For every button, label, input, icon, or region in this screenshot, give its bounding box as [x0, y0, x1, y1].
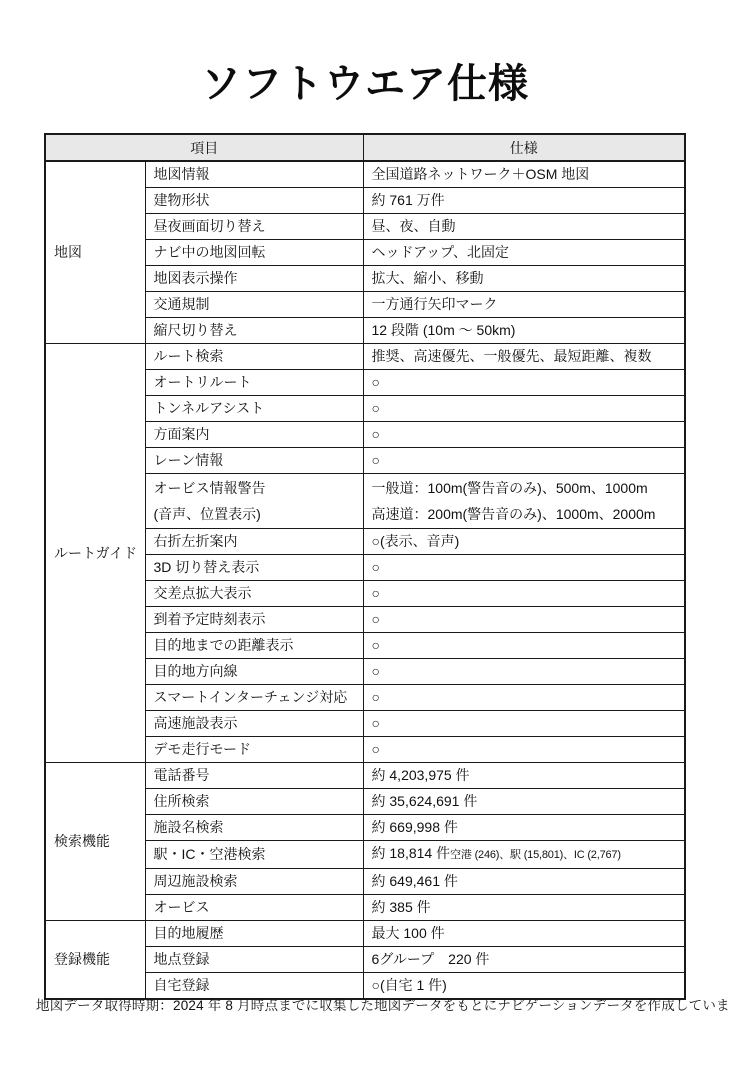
item-cell: 交差点拡大表示 [145, 581, 363, 607]
cell-text: デモ走行モード [154, 741, 251, 757]
item-cell: レーン情報 [145, 448, 363, 474]
item-cell: トンネルアシスト [145, 396, 363, 422]
cell-text: 交通規制 [154, 296, 210, 312]
cell-text: 約 669,998 件 [372, 819, 458, 835]
cell-text: 12 段階 (10m ～ 50km) [372, 322, 516, 338]
cell-text: ○ [372, 715, 380, 731]
spec-cell: 約 18,814 件空港 (246)、駅 (15,801)、IC (2,767) [363, 841, 685, 869]
cell-text: レーン情報 [154, 452, 224, 468]
cell-text: 住所検索 [154, 793, 210, 809]
item-cell: オービス [145, 895, 363, 921]
spec-table: 項目 仕様 地図地図情報全国道路ネットワーク＋OSM 地図建物形状約 761 万… [44, 133, 686, 1000]
item-cell: 右折左折案内 [145, 529, 363, 555]
cell-text: 一方通行矢印マーク [372, 296, 498, 312]
item-cell: 地図情報 [145, 161, 363, 188]
cell-text: 全国道路ネットワーク＋OSM 地図 [372, 166, 590, 182]
item-cell: 住所検索 [145, 789, 363, 815]
spec-cell: 全国道路ネットワーク＋OSM 地図 [363, 161, 685, 188]
cell-text: 電話番号 [154, 767, 210, 783]
item-cell: 到着予定時刻表示 [145, 607, 363, 633]
category-cell: 登録機能 [45, 921, 145, 1000]
cell-text: 約 385 件 [372, 899, 431, 915]
cell-text: オートリルート [154, 374, 252, 390]
spec-cell: 約 385 件 [363, 895, 685, 921]
cell-text: 自宅登録 [154, 977, 210, 993]
cell-text: 約 4,203,975 件 [372, 767, 470, 783]
cell-text: 到着予定時刻表示 [154, 611, 266, 627]
spec-cell: ○ [363, 422, 685, 448]
cell-text: 地図情報 [154, 166, 210, 182]
spec-small-text: 空港 (246)、駅 (15,801)、IC (2,767) [450, 849, 621, 861]
footer-note: 地図データ取得時期：2024 年 8 月時点までに収集した地図データをもとにナビ… [36, 997, 716, 1015]
spec-cell: 一般道：100m(警告音のみ)、500m、1000m高速道：200m(警告音のみ… [363, 474, 685, 529]
item-cell: 縮尺切り替え [145, 318, 363, 344]
item-cell: 昼夜画面切り替え [145, 214, 363, 240]
cell-text: 3D 切り替え表示 [154, 559, 260, 575]
spec-table-body: 地図地図情報全国道路ネットワーク＋OSM 地図建物形状約 761 万件昼夜画面切… [45, 161, 685, 999]
item-cell: 電話番号 [145, 763, 363, 789]
cell-text: ルート検索 [154, 348, 224, 364]
spec-cell: 最大 100 件 [363, 921, 685, 947]
cell-text: 昼、夜、自動 [372, 218, 456, 234]
spec-cell: 昼、夜、自動 [363, 214, 685, 240]
cell-text: ○ [372, 611, 380, 627]
cell-text: 約 649,461 件 [372, 873, 458, 889]
cell-text: ○ [372, 741, 380, 757]
cell-line: オービス情報警告 [154, 475, 355, 501]
spec-cell: ○ [363, 659, 685, 685]
category-cell: ルートガイド [45, 344, 145, 763]
item-cell: 3D 切り替え表示 [145, 555, 363, 581]
cell-text: ナビ中の地図回転 [154, 244, 266, 260]
cell-line: 一般道：100m(警告音のみ)、500m、1000m [372, 475, 677, 501]
item-cell: オートリルート [145, 370, 363, 396]
spec-cell: ○ [363, 555, 685, 581]
cell-text: 建物形状 [154, 192, 210, 208]
spec-cell: ○ [363, 711, 685, 737]
item-cell: 目的地履歴 [145, 921, 363, 947]
header-spec: 仕様 [363, 134, 685, 161]
item-cell: 目的地までの距離表示 [145, 633, 363, 659]
cell-text: 目的地までの距離表示 [154, 637, 294, 653]
cell-text: 6グループ 220 件 [372, 951, 490, 967]
spec-cell: 約 761 万件 [363, 188, 685, 214]
item-cell: 地点登録 [145, 947, 363, 973]
page-title: ソフトウエア仕様 [0, 52, 730, 109]
cell-line: 高速道：200m(警告音のみ)、1000m、2000m [372, 501, 677, 527]
item-cell: 目的地方向線 [145, 659, 363, 685]
cell-text: 目的地方向線 [154, 663, 238, 679]
header-item: 項目 [45, 134, 363, 161]
spec-cell: 一方通行矢印マーク [363, 292, 685, 318]
item-cell: 地図表示操作 [145, 266, 363, 292]
spec-cell: 約 4,203,975 件 [363, 763, 685, 789]
cell-text: オービス [154, 899, 210, 915]
item-cell: 施設名検索 [145, 815, 363, 841]
spec-row: 検索機能電話番号約 4,203,975 件 [45, 763, 685, 789]
spec-row: 登録機能目的地履歴最大 100 件 [45, 921, 685, 947]
cell-text: 最大 100 件 [372, 925, 445, 941]
cell-text: 交差点拡大表示 [154, 585, 252, 601]
cell-text: 目的地履歴 [154, 925, 224, 941]
item-cell: 方面案内 [145, 422, 363, 448]
spec-cell: ○ [363, 633, 685, 659]
cell-text: 地点登録 [154, 951, 210, 967]
spec-row: ルートガイドルート検索推奨、高速優先、一般優先、最短距離、複数 [45, 344, 685, 370]
spec-cell: ○ [363, 737, 685, 763]
spec-row: 地図地図情報全国道路ネットワーク＋OSM 地図 [45, 161, 685, 188]
cell-text: ○ [372, 663, 380, 679]
spec-cell: ○ [363, 448, 685, 474]
item-cell: 自宅登録 [145, 973, 363, 1000]
header-row: 項目 仕様 [45, 134, 685, 161]
spec-cell: 拡大、縮小、移動 [363, 266, 685, 292]
cell-text: 推奨、高速優先、一般優先、最短距離、複数 [372, 348, 652, 364]
item-cell: 駅・IC・空港検索 [145, 841, 363, 869]
spec-cell: ○ [363, 370, 685, 396]
spec-cell: 12 段階 (10m ～ 50km) [363, 318, 685, 344]
cell-text: 地図表示操作 [154, 270, 238, 286]
cell-text: ○(表示、音声) [372, 533, 460, 549]
item-cell: 建物形状 [145, 188, 363, 214]
item-cell: スマートインターチェンジ対応 [145, 685, 363, 711]
cell-text: 約 18,814 件 [372, 845, 451, 861]
cell-text: トンネルアシスト [154, 400, 265, 416]
cell-text: 昼夜画面切り替え [154, 218, 266, 234]
spec-cell: ○ [363, 685, 685, 711]
item-cell: デモ走行モード [145, 737, 363, 763]
spec-cell: ○ [363, 396, 685, 422]
spec-cell: ヘッドアップ、北固定 [363, 240, 685, 266]
spec-cell: 約 669,998 件 [363, 815, 685, 841]
item-cell: ルート検索 [145, 344, 363, 370]
cell-text: ○ [372, 585, 380, 601]
cell-text: ○ [372, 426, 380, 442]
cell-text: 駅・IC・空港検索 [154, 846, 266, 862]
cell-text: 縮尺切り替え [154, 322, 238, 338]
cell-text: 約 761 万件 [372, 192, 445, 208]
cell-text: ○ [372, 637, 380, 653]
cell-text: ○ [372, 689, 380, 705]
cell-text: 施設名検索 [154, 819, 224, 835]
item-cell: 周辺施設検索 [145, 869, 363, 895]
item-cell: オービス情報警告(音声、位置表示) [145, 474, 363, 529]
category-cell: 検索機能 [45, 763, 145, 921]
spec-page: ソフトウエア仕様 項目 仕様 地図地図情報全国道路ネットワーク＋OSM 地図建物… [0, 0, 730, 1065]
spec-cell: 6グループ 220 件 [363, 947, 685, 973]
spec-cell: ○(自宅 1 件) [363, 973, 685, 1000]
item-cell: 高速施設表示 [145, 711, 363, 737]
spec-cell: 推奨、高速優先、一般優先、最短距離、複数 [363, 344, 685, 370]
spec-cell: 約 35,624,691 件 [363, 789, 685, 815]
cell-text: 拡大、縮小、移動 [372, 270, 484, 286]
cell-text: ○ [372, 374, 380, 390]
cell-text: 右折左折案内 [154, 533, 238, 549]
spec-cell: ○(表示、音声) [363, 529, 685, 555]
cell-text: 方面案内 [154, 426, 210, 442]
cell-text: ○ [372, 400, 380, 416]
cell-text: ○(自宅 1 件) [372, 977, 447, 993]
spec-table-header: 項目 仕様 [45, 134, 685, 161]
spec-cell: ○ [363, 581, 685, 607]
cell-text: スマートインターチェンジ対応 [154, 689, 348, 705]
category-cell: 地図 [45, 161, 145, 344]
cell-text: 周辺施設検索 [154, 873, 238, 889]
item-cell: ナビ中の地図回転 [145, 240, 363, 266]
item-cell: 交通規制 [145, 292, 363, 318]
cell-text: ヘッドアップ、北固定 [372, 244, 509, 260]
spec-cell: 約 649,461 件 [363, 869, 685, 895]
spec-cell: ○ [363, 607, 685, 633]
cell-text: 約 35,624,691 件 [372, 793, 478, 809]
cell-text: ○ [372, 559, 380, 575]
cell-line: (音声、位置表示) [154, 501, 355, 527]
cell-text: ○ [372, 452, 380, 468]
cell-text: 高速施設表示 [154, 715, 238, 731]
